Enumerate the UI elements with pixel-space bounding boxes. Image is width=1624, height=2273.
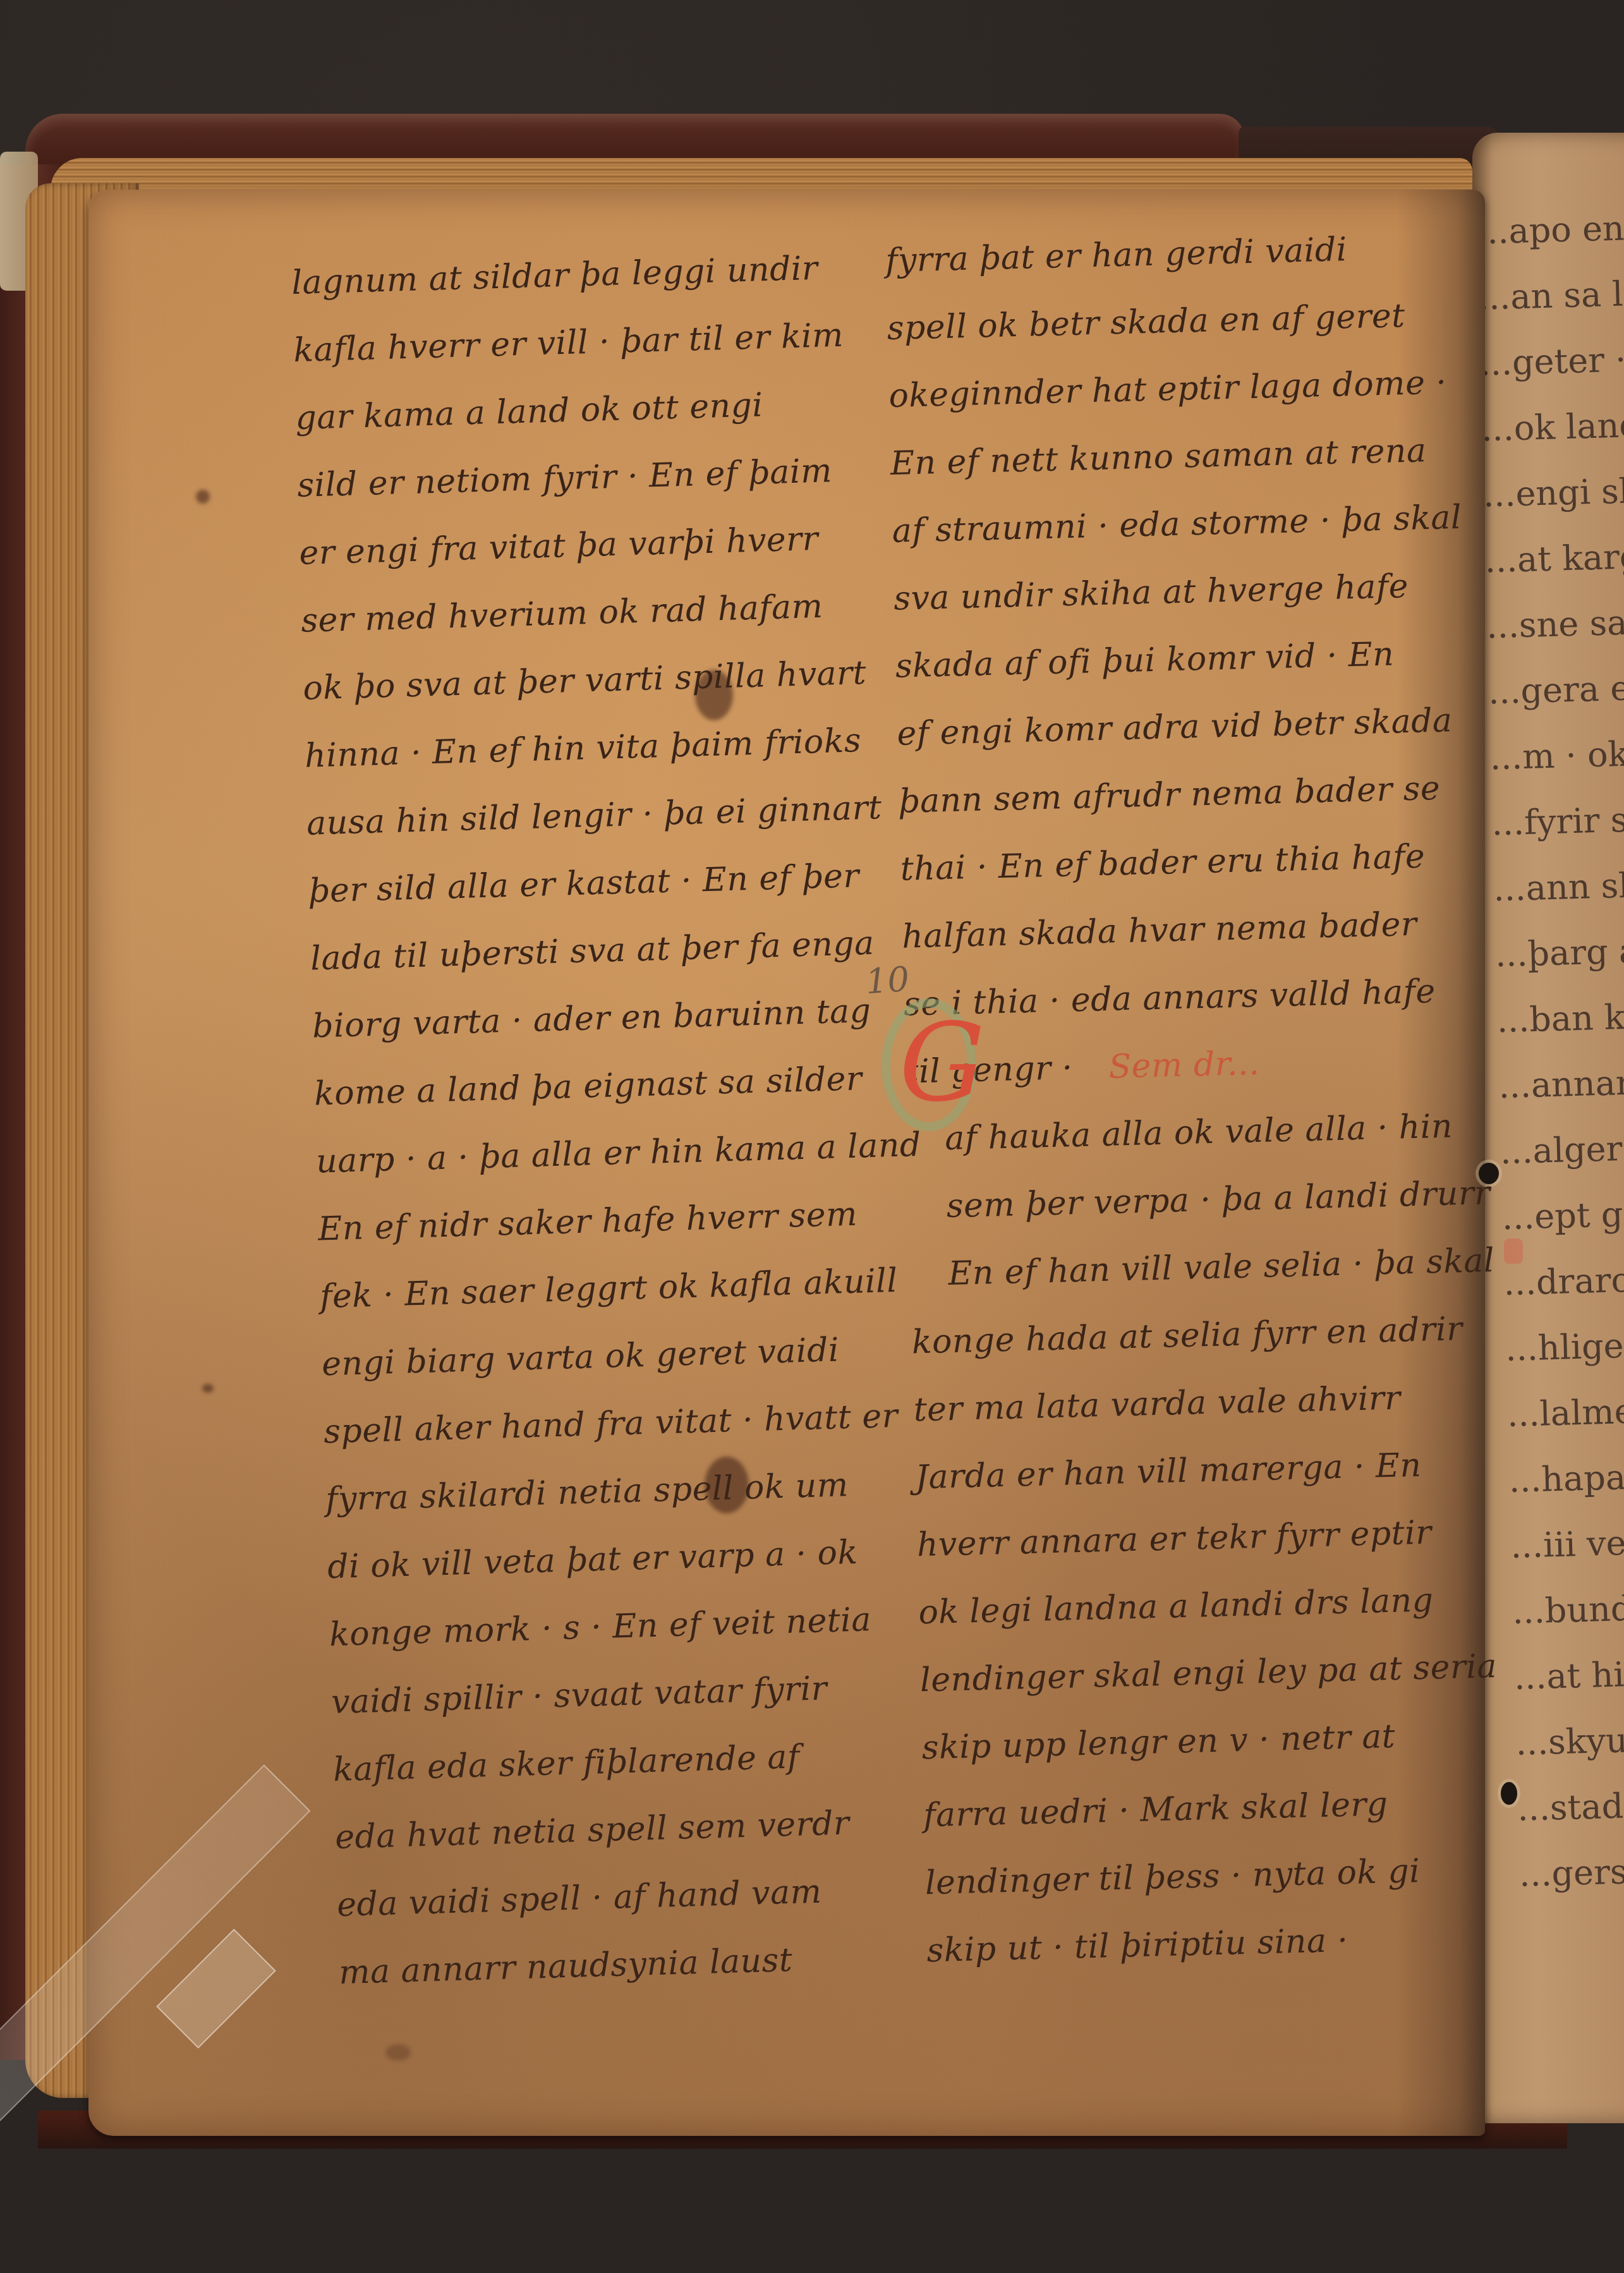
- facing-line: ...skyusar: [1515, 1704, 1624, 1776]
- facing-line: ...iii vero: [1510, 1507, 1624, 1579]
- facing-line: ...an sa lengu mal: [1477, 258, 1624, 330]
- facing-line: ...þarg at: [1494, 916, 1624, 988]
- facing-line: ...lalme: [1506, 1376, 1624, 1448]
- text-line: En ef han vill vale selia · þa skal: [947, 1227, 1495, 1308]
- decorated-initial: G: [882, 998, 976, 1131]
- facing-line: ...fyrir sie m: [1491, 784, 1624, 856]
- text-line: sem þer verpa · þa a landi drurr: [946, 1160, 1494, 1240]
- facing-line: ...bundi: [1512, 1572, 1624, 1644]
- manuscript-photograph: ...apo engi marer ...an sa lengu mal ...…: [0, 0, 1624, 2273]
- text-column-left: lagnum at sildar þa leggi undir kafla hv…: [291, 233, 945, 2007]
- facing-line: ...engi skalta: [1482, 456, 1624, 528]
- text-line: konge hada at selia fyrr en adrir: [911, 1295, 1497, 1377]
- facing-line: ...sne salle: [1486, 587, 1624, 659]
- ink-dot: [196, 490, 210, 504]
- red-ink-mark: [1504, 1239, 1523, 1264]
- text-line: af hauka alla ok vale alla · hin: [944, 1092, 1492, 1173]
- facing-line: ...gers ·: [1518, 1835, 1624, 1907]
- facing-line: ...geter · þa gem: [1479, 324, 1624, 396]
- rubric-heading: Sem dr...: [1108, 1045, 1260, 1086]
- facing-line: ...ok landnam: [1481, 390, 1624, 462]
- facing-line: ...at karga: [1484, 521, 1624, 593]
- facing-line: ...at hin: [1513, 1638, 1624, 1710]
- facing-line: ...m · ok at: [1489, 718, 1624, 791]
- margin-number: 10: [864, 959, 911, 1002]
- text-line: se i thia · eda annars valld hafe: [903, 957, 1489, 1039]
- ink-dot: [202, 1384, 214, 1393]
- text-line: skip ut · til þiriptiu sina ·: [926, 1903, 1512, 1985]
- facing-line: ...annars un: [1498, 1047, 1624, 1119]
- facing-line: ...gera en han: [1488, 653, 1624, 725]
- initial-letter: G: [899, 1010, 985, 1117]
- facing-line: ...ban kund: [1496, 981, 1624, 1053]
- facing-line: ...apo engi marer: [1476, 193, 1624, 265]
- facing-line: ...stadr: [1517, 1769, 1624, 1841]
- facing-line: ...ann skal: [1493, 850, 1624, 922]
- text-line: lendinger skal engi ley pa at seria: [919, 1633, 1505, 1715]
- facing-line: ...algerdar: [1500, 1113, 1624, 1185]
- ink-stain: [385, 2044, 411, 2061]
- facing-line: ...hapa: [1508, 1441, 1624, 1513]
- facing-line: ...hlige: [1505, 1310, 1624, 1382]
